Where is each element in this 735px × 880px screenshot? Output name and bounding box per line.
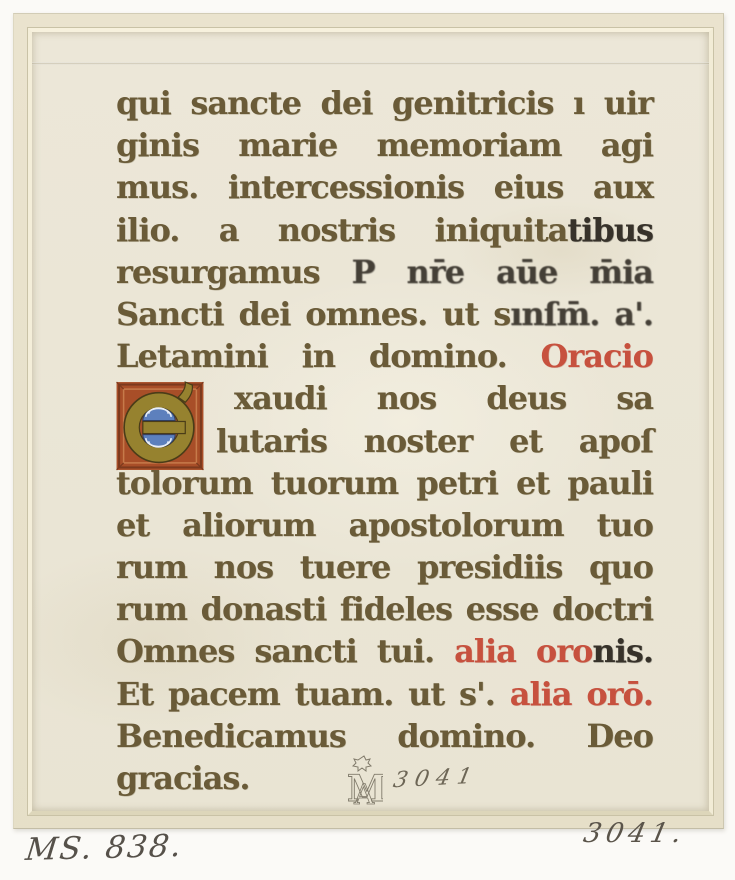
manuscript-line: mus. intercessionis eius aux	[116, 166, 653, 208]
manuscript-text: Omnes sancti tui.	[116, 632, 454, 670]
manuscript-text: xaudi nos deus sa	[234, 379, 653, 417]
manuscript-text: Sancti dei omnes. ut s	[116, 295, 510, 333]
svg-text:A: A	[353, 778, 375, 809]
rubric-text: alia orō.	[510, 675, 653, 713]
manuscript-text: P nr̄e aūe m̄ia	[352, 253, 653, 291]
manuscript-line: qui sancte dei genitricis ı uir	[116, 82, 653, 124]
shelfmark-annotation: MS. 838.	[24, 828, 185, 868]
manuscript-text: rum donasti fideles esse doctri	[116, 590, 653, 628]
manuscript-text: qui sancte dei genitricis ı uir	[116, 84, 653, 122]
manuscript-text: nis.	[592, 632, 653, 670]
manuscript-leaf: qui sancte dei genitricis ı uirginis mar…	[28, 28, 713, 815]
manuscript-line: Letamini in domino. Oracio	[116, 335, 653, 377]
manuscript-text: mus. intercessionis eius aux	[116, 168, 653, 206]
manuscript-line: Sancti dei omnes. ut sınſm̄. a'.	[116, 293, 653, 335]
manuscript-line: rum nos tuere presidiis quo	[116, 546, 653, 588]
rubric-text: Oracio	[541, 337, 653, 375]
parchment-crease	[32, 62, 709, 65]
illuminated-initial-E	[114, 377, 206, 474]
manuscript-text: lutaris noster et apoſ	[216, 422, 653, 460]
manuscript-text: ınſm̄. a'.	[510, 295, 653, 333]
manuscript-line: ginis marie memoriam agi	[116, 124, 653, 166]
collector-stamp-icon: M A	[345, 755, 383, 809]
manuscript-line: resurgamus P nr̄e aūe m̄ia	[116, 251, 653, 293]
manuscript-text: tibus	[567, 211, 653, 249]
manuscript-line: ilio. a nostris iniquitatibus	[116, 209, 653, 251]
manuscript-line: Benedicamus domino. Deo	[116, 715, 653, 757]
manuscript-line: Omnes sancti tui. alia oronis.	[116, 630, 653, 672]
manuscript-text: Et pacem tuam. ut s'.	[116, 675, 510, 713]
rubric-text: alia oro	[454, 632, 592, 670]
manuscript-text: Benedicamus domino. Deo	[116, 717, 653, 755]
manuscript-text: rum nos tuere presidiis quo	[116, 548, 653, 586]
manuscript-text: ilio. a nostris iniquita	[116, 211, 567, 249]
manuscript-line: gracias.	[116, 757, 653, 799]
manuscript-text: Letamini in domino.	[116, 337, 541, 375]
window-mat: qui sancte dei genitricis ı uirginis mar…	[13, 13, 724, 829]
manuscript-line: Et pacem tuam. ut s'. alia orō.	[116, 673, 653, 715]
manuscript-line: rum donasti fideles esse doctri	[116, 588, 653, 630]
manuscript-line: et aliorum apostolorum tuo	[116, 504, 653, 546]
stamp-inventory-number: 3041	[391, 764, 481, 793]
manuscript-text: resurgamus	[116, 253, 352, 291]
inventory-annotation: 3041.	[581, 818, 690, 849]
manuscript-text: gracias.	[116, 759, 250, 797]
manuscript-text: ginis marie memoriam agi	[116, 126, 653, 164]
manuscript-text: et aliorum apostolorum tuo	[116, 506, 653, 544]
